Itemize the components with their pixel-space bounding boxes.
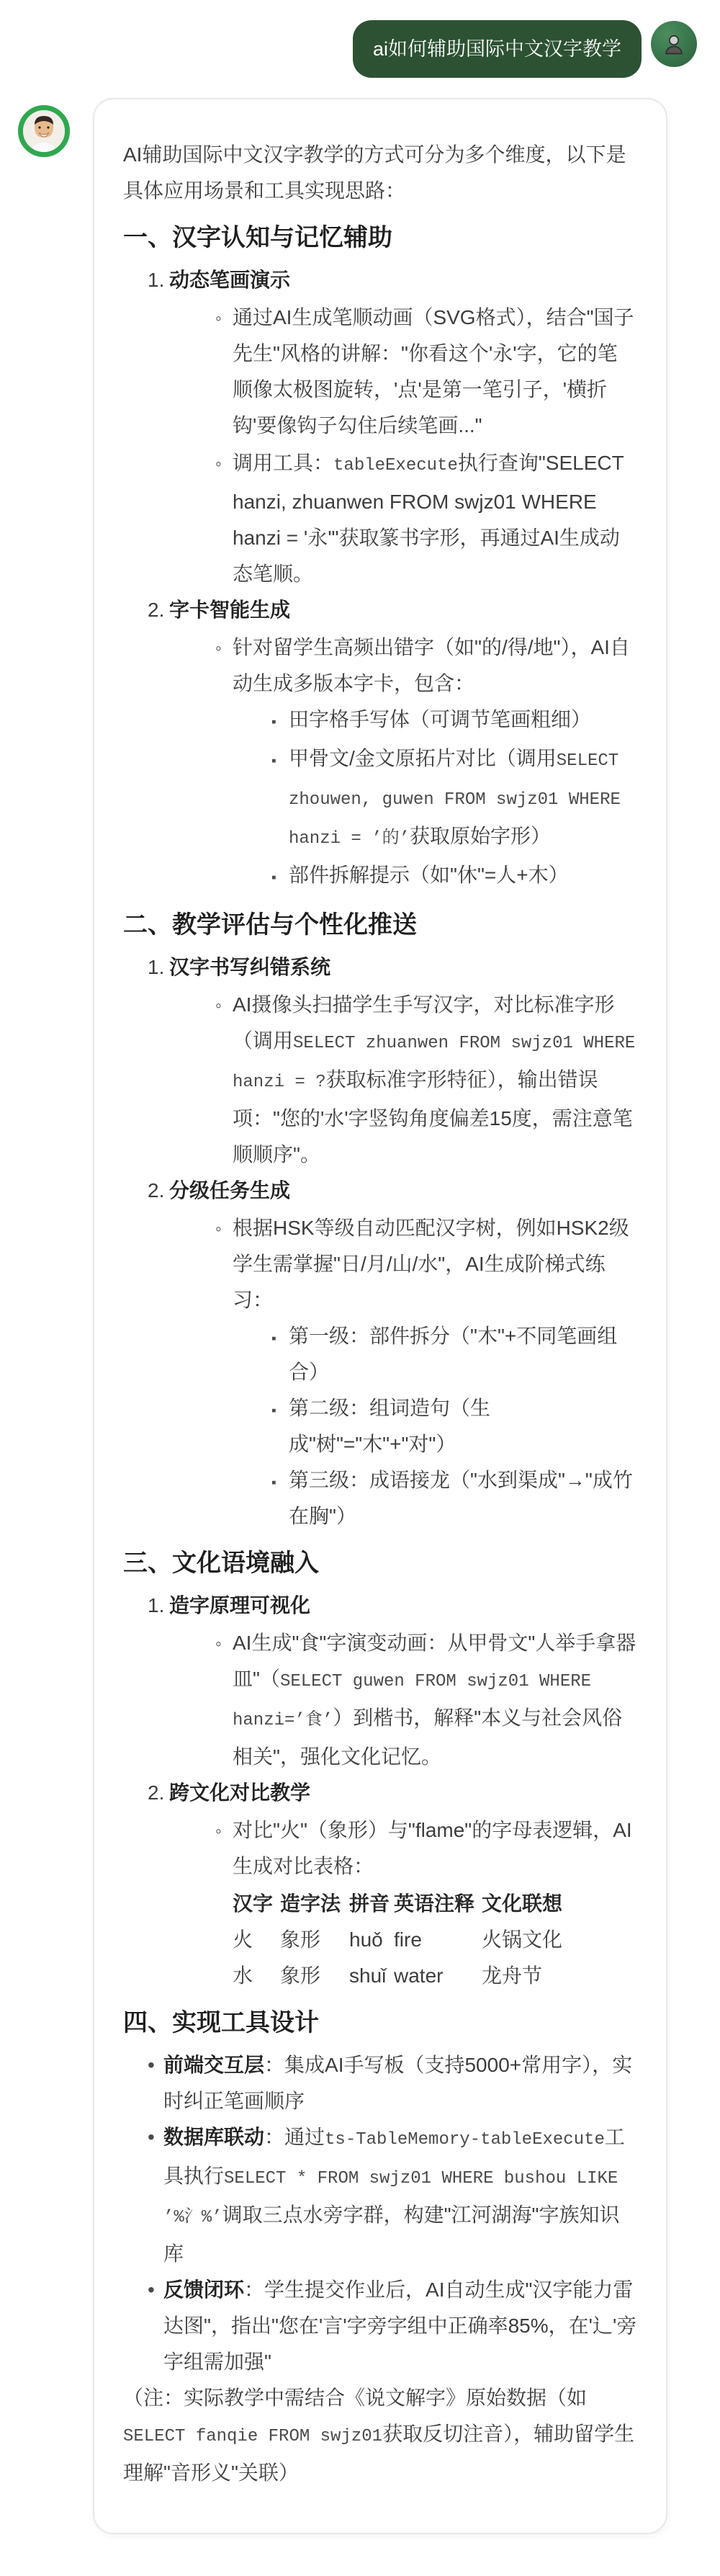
inline-code: ts-TableMemory-tableExecute bbox=[325, 2130, 605, 2150]
list-item: 调用工具：tableExecute执行查询"SELECT hanzi, zhua… bbox=[215, 445, 637, 592]
item-title: 分级任务生成 bbox=[169, 1173, 637, 1209]
list-item: AI生成"食"字演变动画：从甲骨文"人举手拿器皿"（SELECT guwen F… bbox=[215, 1625, 637, 1775]
item-title: 造字原理可视化 bbox=[169, 1588, 637, 1624]
square-bullet-icon bbox=[271, 1462, 289, 1501]
table-row: 水 象形 shuǐ water 龙舟节 bbox=[233, 1958, 562, 1994]
square-bullet-icon bbox=[271, 857, 289, 896]
assistant-intro: AI辅助国际中文汉字教学的方式可分为多个维度，以下是具体应用场景和工具实现思路： bbox=[123, 137, 637, 209]
list-item: 部件拆解提示（如"休"=人+木） bbox=[271, 857, 637, 896]
circle-bullet-icon bbox=[215, 1210, 233, 1247]
list-item: 根据HSK等级自动匹配汉字树，例如HSK2级学生需掌握"日/月/山/水"，AI生… bbox=[215, 1210, 637, 1318]
list-item: 第一级：部件拆分（"木"+不同笔画组合） bbox=[271, 1318, 637, 1390]
list-item: 对比"火"（象形）与"flame"的字母表逻辑，AI生成对比表格： bbox=[215, 1812, 637, 1884]
section-heading-3: 三、文化语境融入 bbox=[123, 1544, 637, 1582]
user-message-bubble: ai如何辅助国际中文汉字教学 bbox=[353, 20, 642, 78]
assistant-avatar bbox=[18, 105, 70, 157]
circle-bullet-icon bbox=[215, 987, 233, 1024]
list-item: 1. 造字原理可视化 bbox=[148, 1588, 637, 1624]
section-heading-1: 一、汉字认知与记忆辅助 bbox=[123, 219, 637, 256]
list-item: 数据库联动：通过ts-TableMemory-tableExecute工具执行S… bbox=[148, 2119, 637, 2272]
inline-code: tableExecute bbox=[333, 456, 458, 475]
list-item: 反馈闭环：学生提交作业后，AI自动生成"汉字能力雷达图"，指出"您在'言'字旁字… bbox=[148, 2272, 637, 2380]
section-heading-2: 二、教学评估与个性化推送 bbox=[123, 906, 637, 944]
square-bullet-icon bbox=[271, 1318, 289, 1357]
list-item: 1. 动态笔画演示 bbox=[148, 262, 637, 298]
item-title: 动态笔画演示 bbox=[169, 262, 637, 298]
list-item: 2. 跨文化对比教学 bbox=[148, 1775, 637, 1811]
item-title: 汉字书写纠错系统 bbox=[169, 949, 637, 985]
list-item: 第三级：成语接龙（"水到渠成"→"成竹在胸"） bbox=[271, 1462, 637, 1534]
list-item: 针对留学生高频出错字（如"的/得/地"），AI自动生成多版本字卡，包含： bbox=[215, 630, 637, 702]
list-item: 第二级：组词造句（生成"树"="木"+"对"） bbox=[271, 1390, 637, 1462]
dot-bullet-icon bbox=[148, 2047, 163, 2083]
table-row: 火 象形 huǒ fire 火锅文化 bbox=[233, 1922, 562, 1958]
assistant-face-icon bbox=[23, 110, 65, 152]
list-item: 1. 汉字书写纠错系统 bbox=[148, 949, 637, 985]
circle-bullet-icon bbox=[215, 445, 233, 482]
dot-bullet-icon bbox=[148, 2119, 163, 2155]
dot-bullet-icon bbox=[148, 2272, 163, 2308]
list-item: 甲骨文/金文原拓片对比（调用SELECT zhouwen, guwen FROM… bbox=[271, 741, 637, 857]
table-header-row: 汉字 造字法 拼音 英语注释 文化联想 bbox=[233, 1886, 562, 1922]
inline-code: SELECT fanqie FROM swjz01 bbox=[123, 2427, 382, 2446]
square-bullet-icon bbox=[271, 741, 289, 779]
section-heading-4: 四、实现工具设计 bbox=[123, 2004, 637, 2041]
circle-bullet-icon bbox=[215, 300, 233, 336]
circle-bullet-icon bbox=[215, 1625, 233, 1662]
list-item: 2. 分级任务生成 bbox=[148, 1173, 637, 1209]
item-title: 字卡智能生成 bbox=[169, 592, 637, 628]
chat-page: ai如何辅助国际中文汉字教学 AI辅助国际中文汉字教学的方式可分为多个维度，以下… bbox=[0, 0, 720, 2576]
item-title: 跨文化对比教学 bbox=[169, 1775, 637, 1811]
assistant-message-row: AI辅助国际中文汉字教学的方式可分为多个维度，以下是具体应用场景和工具实现思路：… bbox=[0, 98, 720, 2576]
square-bullet-icon bbox=[271, 1390, 289, 1429]
list-item: 田字格手写体（可调节笔画粗细） bbox=[271, 702, 637, 741]
assistant-message-card: AI辅助国际中文汉字教学的方式可分为多个维度，以下是具体应用场景和工具实现思路：… bbox=[93, 98, 667, 2534]
user-avatar bbox=[651, 21, 697, 67]
list-item: 前端交互层：集成AI手写板（支持5000+常用字），实时纠正笔画顺序 bbox=[148, 2047, 637, 2119]
footnote: （注：实际教学中需结合《说文解字》原始数据（如SELECT fanqie FRO… bbox=[123, 2380, 637, 2491]
comparison-table: 汉字 造字法 拼音 英语注释 文化联想 火 象形 huǒ fire 火锅文化 bbox=[233, 1886, 562, 1994]
list-item: 2. 字卡智能生成 bbox=[148, 592, 637, 628]
user-message-row: ai如何辅助国际中文汉字教学 bbox=[0, 0, 720, 78]
person-icon bbox=[661, 31, 687, 57]
circle-bullet-icon bbox=[215, 630, 233, 666]
circle-bullet-icon bbox=[215, 1812, 233, 1849]
list-item: 通过AI生成笔顺动画（SVG格式），结合"国子先生"风格的讲解："你看这个'永'… bbox=[215, 300, 637, 444]
list-item: AI摄像头扫描学生手写汉字，对比标准字形（调用SELECT zhuanwen F… bbox=[215, 987, 637, 1173]
square-bullet-icon bbox=[271, 702, 289, 741]
